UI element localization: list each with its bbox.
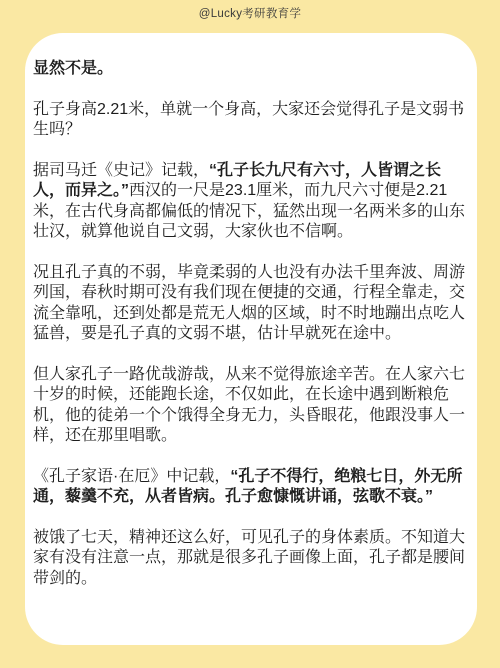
- text-run: 显然不是。: [33, 60, 113, 77]
- text-run: 《孔子家语·在厄》中记载，: [33, 468, 230, 485]
- paragraph: 况且孔子真的不弱，毕竟柔弱的人也没有办法千里奔波、周游列国，春秋时期可没有我们现…: [33, 263, 469, 345]
- text-run: 被饿了七天，精神还这么好，可见孔子的身体素质。不知道大家有没有注意一点，那就是很…: [33, 529, 465, 587]
- text-run: 但人家孔子一路优哉游哉，从来不觉得旅途辛苦。在人家六七十岁的时候，还能跑长途，不…: [33, 366, 465, 445]
- content-card: 显然不是。孔子身高2.21米，单就一个身高，大家还会觉得孔子是文弱书生吗？据司马…: [25, 33, 477, 645]
- paragraph: 据司马迁《史记》记载，“孔子长九尺有六寸，人皆谓之长人，而异之。”西汉的一尺是2…: [33, 161, 469, 243]
- paragraph: 显然不是。: [33, 59, 469, 80]
- account-handle: @Lucky考研教育学: [199, 5, 302, 21]
- paragraph: 《孔子家语·在厄》中记载，“孔子不得行，绝粮七日，外无所通，藜羹不充，从者皆病。…: [33, 467, 469, 508]
- paragraph: 孔子身高2.21米，单就一个身高，大家还会觉得孔子是文弱书生吗？: [33, 100, 469, 141]
- paragraph: 被饿了七天，精神还这么好，可见孔子的身体素质。不知道大家有没有注意一点，那就是很…: [33, 528, 469, 590]
- text-run: 据司马迁《史记》记载，: [33, 162, 209, 179]
- post-image: { "colors": { "background": "#FAE8A3", "…: [0, 0, 500, 668]
- article-text: 显然不是。孔子身高2.21米，单就一个身高，大家还会觉得孔子是文弱书生吗？据司马…: [33, 59, 469, 589]
- paragraph: 但人家孔子一路优哉游哉，从来不觉得旅途辛苦。在人家六七十岁的时候，还能跑长途，不…: [33, 365, 469, 447]
- top-banner: @Lucky考研教育学: [0, 0, 500, 33]
- text-run: 况且孔子真的不弱，毕竟柔弱的人也没有办法千里奔波、周游列国，春秋时期可没有我们现…: [33, 264, 465, 343]
- text-run: 孔子身高2.21米，单就一个身高，大家还会觉得孔子是文弱书生吗？: [33, 101, 464, 139]
